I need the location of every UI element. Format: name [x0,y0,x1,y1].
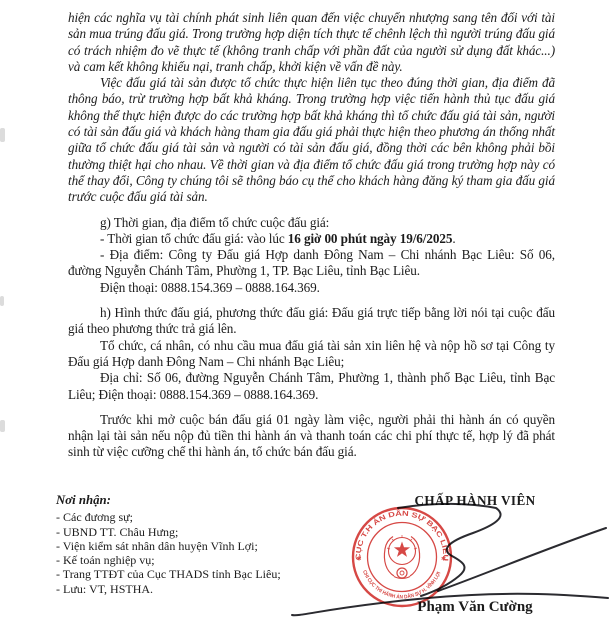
document-page: hiện các nghĩa vụ tài chính phát sinh li… [0,0,613,637]
recipient-item: - Trang TTĐT của Cục THADS tỉnh Bạc Liêu… [56,567,306,581]
contact-paragraph: Tổ chức, cá nhân, có nhu cầu mua đấu giá… [68,338,555,371]
auction-time-line: - Thời gian tổ chức đấu giá: vào lúc 16 … [68,231,555,247]
address-paragraph: Địa chỉ: Số 06, đường Nguyễn Chánh Tâm, … [68,370,555,403]
section-h-paragraph: h) Hình thức đấu giá, phương thức đấu gi… [68,305,555,338]
national-emblem-icon [384,535,419,579]
phone-line: Điện thoại: 0888.154.369 – 0888.164.369. [68,280,555,296]
scan-smudge [0,128,5,142]
recipients-block: Nơi nhận: - Các đương sự; - UBND TT. Châ… [56,493,306,596]
recipient-item: - Viện kiểm sát nhân dân huyện Vĩnh Lợi; [56,539,306,553]
scan-smudge [0,420,5,432]
auction-location-line: - Địa điểm: Công ty Đấu giá Hợp danh Đôn… [68,247,555,280]
stamp-star-right-icon: ✱ [441,556,446,563]
scan-smudge [0,296,4,306]
recipient-item: - Các đương sự; [56,510,306,524]
auction-time-prefix: - Thời gian tổ chức đấu giá: vào lúc [100,231,288,246]
recipient-item: - Lưu: VT, HSTHA. [56,582,306,596]
recipient-item: - Kế toán nghiệp vụ; [56,553,306,567]
paragraph-financial-obligations: hiện các nghĩa vụ tài chính phát sinh li… [68,10,555,75]
document-body: hiện các nghĩa vụ tài chính phát sinh li… [68,10,555,461]
paragraph-force-majeure: Việc đấu giá tài sản được tổ chức thực h… [68,75,555,205]
auction-time-suffix: . [452,231,455,246]
recipients-heading: Nơi nhận: [56,493,306,507]
recipient-item: - UBND TT. Châu Hưng; [56,525,306,539]
stamp-star-left-icon: ✱ [357,556,362,563]
section-g-heading: g) Thời gian, địa điểm tổ chức cuộc đấu … [68,215,555,231]
redemption-paragraph: Trước khi mở cuộc bán đấu giá 01 ngày là… [68,412,555,461]
official-stamp-icon: CỤC T.H ÁN DÂN SỰ BẠC LIÊU CHI CỤC THI H… [350,505,454,609]
auction-datetime: 16 giờ 00 phút ngày 19/6/2025 [288,231,453,246]
